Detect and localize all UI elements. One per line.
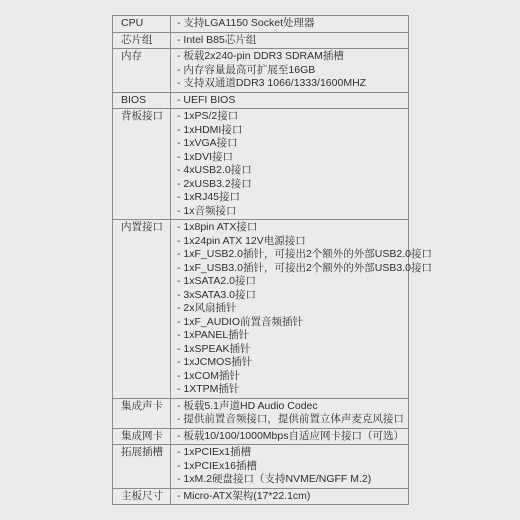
spec-value-line: - 板载5.1声道HD Audio Codec bbox=[177, 400, 408, 414]
spec-values: - Micro-ATX架构(17*22.1cm) bbox=[171, 488, 409, 505]
spec-value-line: - 1XTPM插针 bbox=[177, 383, 408, 397]
spec-value-line: - 1xJCMOS插针 bbox=[177, 356, 408, 370]
spec-row: 拓展插槽 - 1xPCIEx1插槽- 1xPCIEx16插槽- 1xM.2硬盘接… bbox=[113, 445, 409, 489]
spec-value-line: - 提供前置音频接口，提供前置立体声麦克风接口 bbox=[177, 413, 408, 427]
spec-value-line: - 1xM.2硬盘接口（支持NVME/NGFF M.2) bbox=[177, 473, 408, 487]
spec-value-line: - 1xF_USB2.0插针，可接出2个额外的外部USB2.0接口 bbox=[177, 248, 408, 262]
spec-value-line: - Intel B85芯片组 bbox=[177, 34, 408, 48]
spec-value-line: - 1x24pin ATX 12V电源接口 bbox=[177, 235, 408, 249]
spec-value-line: - 3xSATA3.0接口 bbox=[177, 289, 408, 303]
spec-value-line: - Micro-ATX架构(17*22.1cm) bbox=[177, 490, 408, 504]
spec-values: - 1xPCIEx1插槽- 1xPCIEx16插槽- 1xM.2硬盘接口（支持N… bbox=[171, 445, 409, 489]
spec-row: 主板尺寸 - Micro-ATX架构(17*22.1cm) bbox=[113, 488, 409, 505]
spec-value-line: - 1xPANEL插针 bbox=[177, 329, 408, 343]
spec-values: - 板载2x240-pin DDR3 SDRAM插槽- 内存容量最高可扩展至16… bbox=[171, 49, 409, 93]
spec-row: 背板接口 - 1xPS/2接口- 1xHDMI接口- 1xVGA接口- 1xDV… bbox=[113, 109, 409, 220]
spec-value-line: - 1xPCIEx1插槽 bbox=[177, 446, 408, 460]
spec-value-line: - 支持LGA1150 Socket处理器 bbox=[177, 17, 408, 31]
spec-value-line: - 1xPS/2接口 bbox=[177, 110, 408, 124]
spec-row: 集成声卡 - 板载5.1声道HD Audio Codec- 提供前置音频接口，提… bbox=[113, 398, 409, 428]
spec-label: 集成网卡 bbox=[113, 428, 171, 445]
spec-values: - 1x8pin ATX接口- 1x24pin ATX 12V电源接口- 1xF… bbox=[171, 220, 409, 399]
spec-value-line: - 1xVGA接口 bbox=[177, 137, 408, 151]
spec-value-line: - 1xRJ45接口 bbox=[177, 191, 408, 205]
spec-value-line: - 2x风扇插针 bbox=[177, 302, 408, 316]
spec-row: CPU - 支持LGA1150 Socket处理器 bbox=[113, 16, 409, 33]
spec-label: 拓展插槽 bbox=[113, 445, 171, 489]
spec-value-line: - 2xUSB3.2接口 bbox=[177, 178, 408, 192]
spec-values: - Intel B85芯片组 bbox=[171, 32, 409, 49]
spec-value-line: - 1xF_AUDIO前置音频插针 bbox=[177, 316, 408, 330]
spec-value-line: - 1xSATA2.0接口 bbox=[177, 275, 408, 289]
spec-row: 内置接口 - 1x8pin ATX接口- 1x24pin ATX 12V电源接口… bbox=[113, 220, 409, 399]
spec-value-line: - 板载2x240-pin DDR3 SDRAM插槽 bbox=[177, 50, 408, 64]
spec-row: 芯片组 - Intel B85芯片组 bbox=[113, 32, 409, 49]
spec-value-line: - 1x音频接口 bbox=[177, 205, 408, 219]
spec-value-line: - 1x8pin ATX接口 bbox=[177, 221, 408, 235]
spec-value-line: - 1xSPEAK插针 bbox=[177, 343, 408, 357]
spec-values: - 板载5.1声道HD Audio Codec- 提供前置音频接口，提供前置立体… bbox=[171, 398, 409, 428]
spec-table: CPU - 支持LGA1150 Socket处理器 芯片组 - Intel B8… bbox=[112, 15, 409, 505]
spec-value-line: - 1xPCIEx16插槽 bbox=[177, 460, 408, 474]
spec-sheet: CPU - 支持LGA1150 Socket处理器 芯片组 - Intel B8… bbox=[112, 15, 409, 505]
spec-label: 芯片组 bbox=[113, 32, 171, 49]
spec-values: - 支持LGA1150 Socket处理器 bbox=[171, 16, 409, 33]
spec-label: 背板接口 bbox=[113, 109, 171, 220]
spec-label: BIOS bbox=[113, 92, 171, 109]
spec-label: 集成声卡 bbox=[113, 398, 171, 428]
spec-label: CPU bbox=[113, 16, 171, 33]
spec-value-line: - 板载10/100/1000Mbps自适应网卡接口（可选） bbox=[177, 430, 408, 444]
spec-value-line: - 内存容量最高可扩展至16GB bbox=[177, 64, 408, 78]
spec-value-line: - 支持双通道DDR3 1066/1333/1600MHZ bbox=[177, 77, 408, 91]
spec-row: 集成网卡 - 板载10/100/1000Mbps自适应网卡接口（可选） bbox=[113, 428, 409, 445]
spec-row: BIOS - UEFI BIOS bbox=[113, 92, 409, 109]
spec-values: - 板载10/100/1000Mbps自适应网卡接口（可选） bbox=[171, 428, 409, 445]
spec-value-line: - 1xHDMI接口 bbox=[177, 124, 408, 138]
spec-value-line: - 1xF_USB3.0插针，可接出2个额外的外部USB3.0接口 bbox=[177, 262, 408, 276]
spec-value-line: - 1xCOM插针 bbox=[177, 370, 408, 384]
spec-value-line: - UEFI BIOS bbox=[177, 94, 408, 108]
spec-row: 内存 - 板载2x240-pin DDR3 SDRAM插槽- 内存容量最高可扩展… bbox=[113, 49, 409, 93]
spec-value-line: - 1xDVI接口 bbox=[177, 151, 408, 165]
spec-values: - UEFI BIOS bbox=[171, 92, 409, 109]
spec-values: - 1xPS/2接口- 1xHDMI接口- 1xVGA接口- 1xDVI接口- … bbox=[171, 109, 409, 220]
spec-table-body: CPU - 支持LGA1150 Socket处理器 芯片组 - Intel B8… bbox=[113, 16, 409, 505]
spec-label: 内存 bbox=[113, 49, 171, 93]
spec-value-line: - 4xUSB2.0接口 bbox=[177, 164, 408, 178]
spec-label: 主板尺寸 bbox=[113, 488, 171, 505]
spec-label: 内置接口 bbox=[113, 220, 171, 399]
